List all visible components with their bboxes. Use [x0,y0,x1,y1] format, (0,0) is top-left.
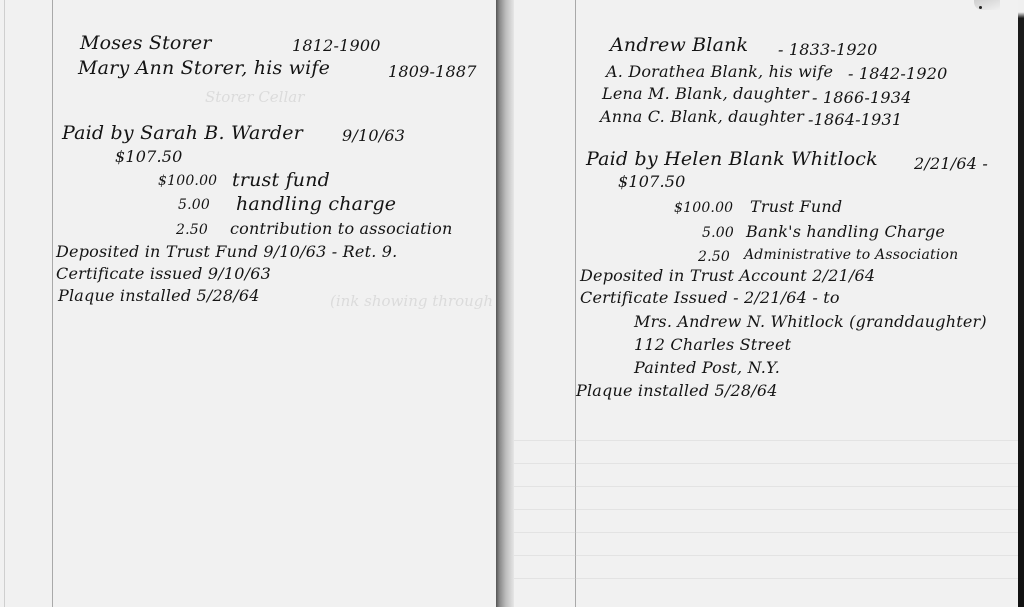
heading-dates: - 1866-1934 [812,88,912,107]
paid-by: Paid by Sarah B. Warder [62,122,303,144]
heading-dates-1: 1812-1900 [292,36,381,55]
item-label: contribution to association [230,219,452,238]
margin-line [575,0,576,607]
margin-line [52,0,53,607]
note-plaque: Plaque installed 5/28/64 [58,286,260,305]
heading-dates: - 1842-1920 [848,64,948,83]
item-amount: 5.00 [702,225,734,241]
heading-line: Andrew Blank [610,34,748,56]
page-edge-line [4,0,5,607]
left-page: Storer Cellar (ink showing through page)… [0,0,498,607]
payment-total: $107.50 [618,172,686,191]
note-plaque: Plaque installed 5/28/64 [576,381,778,400]
heading-dates-2: 1809-1887 [388,62,477,81]
heading-dates: -1864-1931 [808,110,902,129]
book-gutter [496,0,514,607]
item-label: handling charge [236,193,396,215]
item-label: Bank's handling Charge [746,222,945,241]
heading-name-1: Moses Storer [80,32,212,54]
heading-name-2: Mary Ann Storer, his wife [78,57,330,79]
paid-by: Paid by Helen Blank Whitlock [586,148,878,170]
ledger-spread: Storer Cellar (ink showing through page)… [0,0,1024,607]
item-amount: $100.00 [158,173,217,189]
ink-dot [979,6,982,9]
page-corner-fold [974,0,1000,10]
payment-total: $107.50 [115,147,183,166]
bleed-through-text: Storer Cellar [205,88,304,106]
paid-date: 9/10/63 [342,126,405,145]
recipient-city: Painted Post, N.Y. [634,358,780,377]
recipient-name: Mrs. Andrew N. Whitlock (granddaughter) [634,312,987,331]
item-label: Administrative to Association [744,247,958,263]
right-page: Andrew Blank - 1833-1920 A. Dorathea Bla… [514,0,1018,607]
note-deposited: Deposited in Trust Account 2/21/64 [580,266,875,285]
item-label: trust fund [232,169,330,191]
item-amount: $100.00 [674,200,733,216]
scan-edge [1018,0,1024,607]
item-amount: 5.00 [178,197,210,213]
heading-line: Anna C. Blank, daughter [600,107,804,126]
paid-date: 2/21/64 - [914,154,988,173]
heading-line: A. Dorathea Blank, his wife [606,62,833,81]
recipient-street: 112 Charles Street [634,335,791,354]
heading-dates: - 1833-1920 [778,40,878,59]
heading-line: Lena M. Blank, daughter [602,84,809,103]
item-amount: 2.50 [698,249,730,265]
note-deposited: Deposited in Trust Fund 9/10/63 - Ret. 9… [56,242,397,261]
item-label: Trust Fund [750,197,842,216]
item-amount: 2.50 [176,222,208,238]
note-certificate: Certificate issued 9/10/63 [56,264,271,283]
note-certificate: Certificate Issued - 2/21/64 - to [580,288,840,307]
